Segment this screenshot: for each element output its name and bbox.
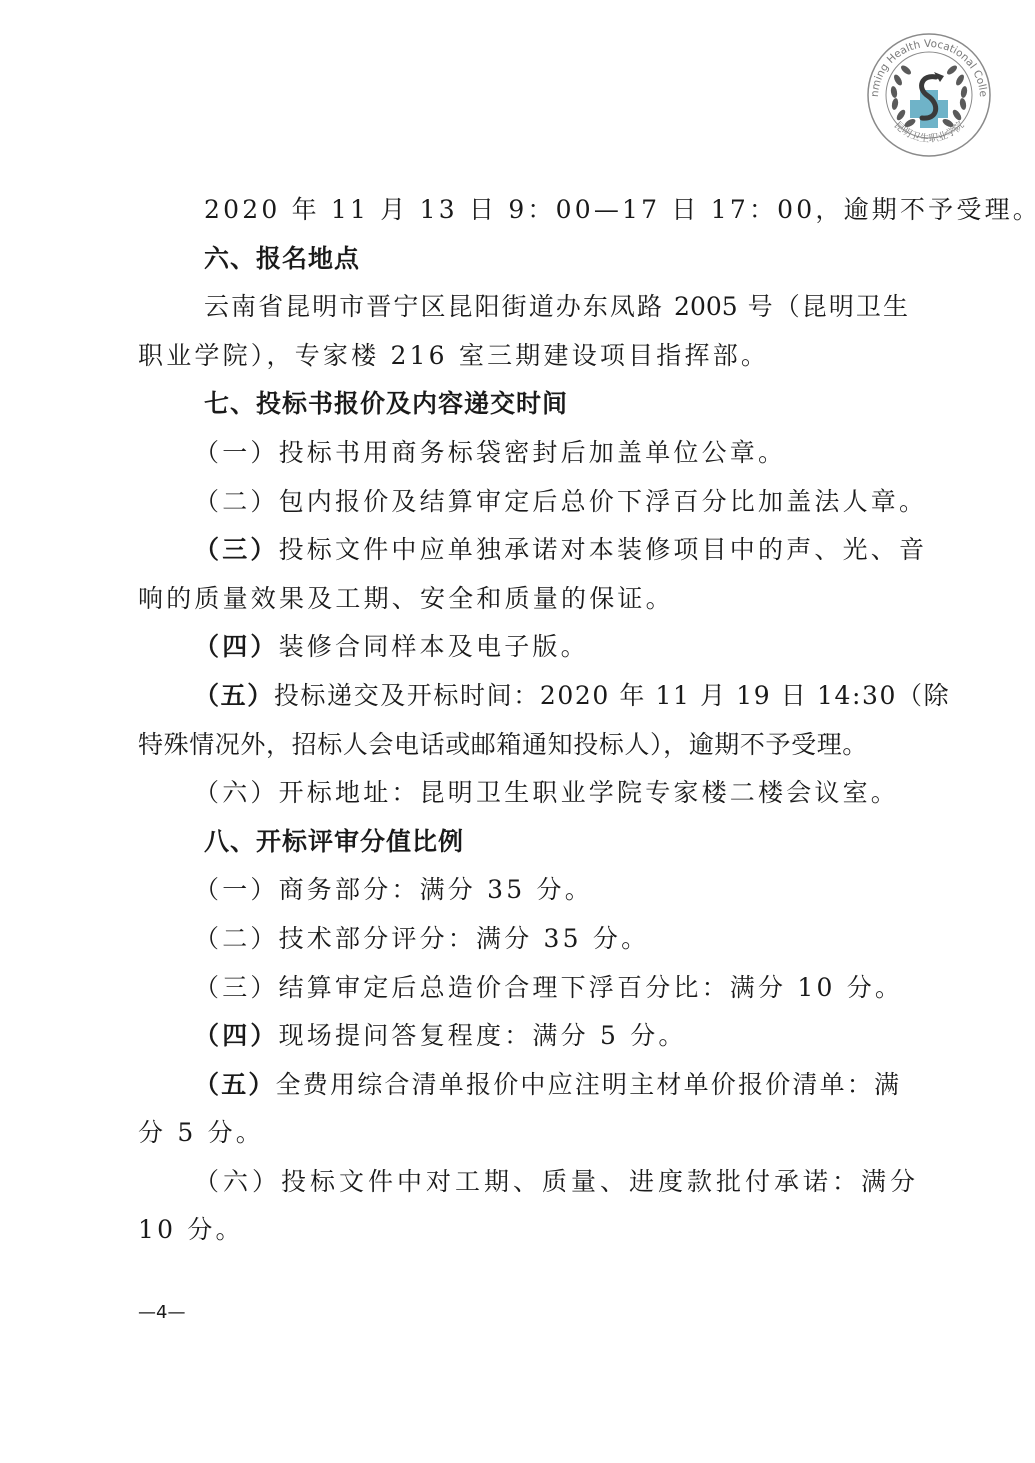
- section-8-item-2: （二）技术部分评分：满分 35 分。: [138, 915, 908, 964]
- section-8-item-1: （一）商务部分：满分 35 分。: [138, 866, 908, 915]
- page-number: —4—: [138, 1302, 185, 1323]
- section-7-item-6: （六）开标地址：昆明卫生职业学院专家楼二楼会议室。: [138, 769, 908, 818]
- item-label: （三）: [194, 973, 279, 1002]
- item-label: （四）: [194, 632, 279, 661]
- item-label: （一）: [194, 438, 279, 467]
- section-7-item-1: （一）投标书用商务标袋密封后加盖单位公章。: [138, 429, 908, 478]
- item-text: 现场提问答复程度：满分 5 分。: [279, 1021, 687, 1050]
- svg-text:Kunming Health Vocational Coll: Kunming Health Vocational College: [864, 32, 989, 98]
- section-7-heading: 七、投标书报价及内容递交时间: [138, 380, 908, 429]
- section-7-item-2: （二）包内报价及结算审定后总价下浮百分比加盖法人章。: [138, 478, 908, 527]
- section-8-item-5: （五）全费用综合清单报价中应注明主材单价报价清单：满: [138, 1061, 908, 1110]
- item-text: 全费用综合清单报价中应注明主材单价报价清单：满: [276, 1070, 902, 1099]
- section-6-text-line1: 云南省昆明市晋宁区昆阳街道办东凤路 2005 号（昆明卫生: [138, 283, 908, 332]
- item-text: 投标文件中应单独承诺对本装修项目中的声、光、音: [279, 535, 928, 564]
- item-text: 开标地址：昆明卫生职业学院专家楼二楼会议室。: [279, 778, 899, 807]
- item-text: 包内报价及结算审定后总价下浮百分比加盖法人章。: [279, 487, 928, 516]
- document-page: Kunming Health Vocational College 昆明卫生职业…: [0, 0, 1035, 1463]
- section-8-item-6: （六）投标文件中对工期、质量、进度款批付承诺：满分: [138, 1158, 908, 1207]
- item-label: （二）: [194, 924, 279, 953]
- section-7-item-5-continuation: 特殊情况外，招标人会电话或邮箱通知投标人），逾期不予受理。: [138, 721, 908, 770]
- section-8-heading: 八、开标评审分值比例: [138, 818, 908, 867]
- section-7-item-3-continuation: 响的质量效果及工期、安全和质量的保证。: [138, 575, 908, 624]
- section-7-item-4: （四）装修合同样本及电子版。: [138, 623, 908, 672]
- item-text: 技术部分评分：满分 35 分。: [279, 924, 650, 953]
- section-6-text-line2: 职业学院），专家楼 216 室三期建设项目指挥部。: [138, 332, 908, 381]
- item-text: 投标递交及开标时间：2020 年 11 月 19 日 14:30（除: [274, 681, 950, 710]
- section-6-heading: 六、报名地点: [138, 235, 908, 284]
- item-label: （六）: [194, 778, 279, 807]
- registration-time-continuation: 2020 年 11 月 13 日 9：00—17 日 17：00，逾期不予受理。: [138, 186, 908, 235]
- college-logo: Kunming Health Vocational College 昆明卫生职业…: [864, 32, 994, 158]
- college-emblem-icon: Kunming Health Vocational College 昆明卫生职业…: [864, 32, 994, 158]
- item-text: 结算审定后总造价合理下浮百分比：满分 10 分。: [279, 973, 904, 1002]
- item-text: 商务部分：满分 35 分。: [279, 875, 593, 904]
- item-text: 投标文件中对工期、质量、进度款批付承诺：满分: [281, 1167, 919, 1196]
- section-8-item-5-continuation: 分 5 分。: [138, 1109, 908, 1158]
- section-8-item-4: （四）现场提问答复程度：满分 5 分。: [138, 1012, 908, 1061]
- section-7-item-5: （五）投标递交及开标时间：2020 年 11 月 19 日 14:30（除: [138, 672, 908, 721]
- section-7-item-3: （三）投标文件中应单独承诺对本装修项目中的声、光、音: [138, 526, 908, 575]
- item-label: （五）: [194, 681, 274, 710]
- item-label: （五）: [194, 1070, 276, 1099]
- section-8-item-3: （三）结算审定后总造价合理下浮百分比：满分 10 分。: [138, 964, 908, 1013]
- item-text: 装修合同样本及电子版。: [279, 632, 589, 661]
- section-8-item-6-continuation: 10 分。: [138, 1206, 908, 1255]
- item-label: （六）: [194, 1167, 281, 1196]
- item-label: （二）: [194, 487, 279, 516]
- item-text: 投标书用商务标袋密封后加盖单位公章。: [279, 438, 787, 467]
- document-body: 2020 年 11 月 13 日 9：00—17 日 17：00，逾期不予受理。…: [138, 186, 908, 1255]
- item-label: （一）: [194, 875, 279, 904]
- item-label: （三）: [194, 535, 279, 564]
- item-label: （四）: [194, 1021, 279, 1050]
